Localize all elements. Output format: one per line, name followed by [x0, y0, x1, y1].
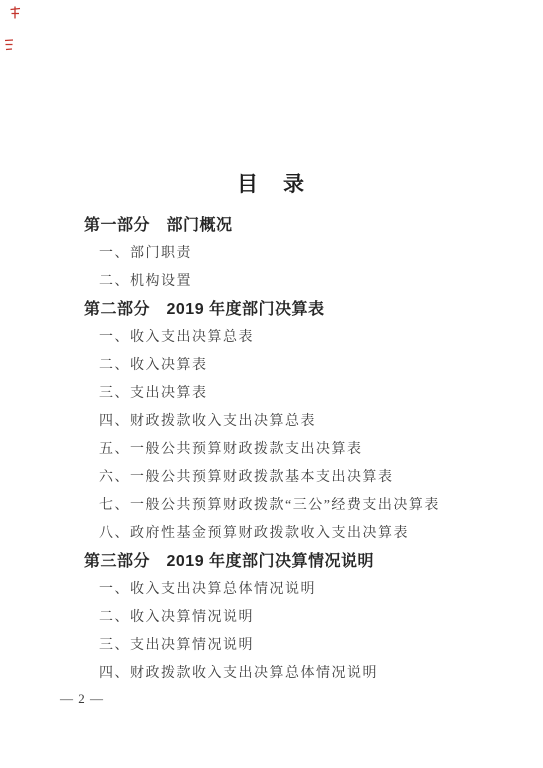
toc-item: 六、一般公共预算财政拨款基本支出决算表: [84, 464, 543, 492]
page-title: 目 录: [0, 0, 543, 198]
red-stamp-fragment-icon: [4, 38, 14, 52]
toc-item: 四、财政拨款收入支出决算总体情况说明: [84, 660, 543, 688]
toc-item: 一、收入支出决算总体情况说明: [84, 576, 543, 604]
document-page: 目 录 第一部分 部门概况 一、部门职责 二、机构设置 第二部分 2019 年度…: [0, 0, 543, 768]
toc-part-2-heading: 第二部分 2019 年度部门决算表: [84, 296, 543, 324]
toc-item: 三、支出决算情况说明: [84, 632, 543, 660]
toc-item: 二、收入决算表: [84, 352, 543, 380]
red-stamp-fragment-icon: [9, 6, 22, 20]
toc-item: 一、收入支出决算总表: [84, 324, 543, 352]
toc-item: 二、收入决算情况说明: [84, 604, 543, 632]
toc-item: 八、政府性基金预算财政拨款收入支出决算表: [84, 520, 543, 548]
toc-item: 三、支出决算表: [84, 380, 543, 408]
toc-item: 一、部门职责: [84, 240, 543, 268]
toc-item: 五、一般公共预算财政拨款支出决算表: [84, 436, 543, 464]
table-of-contents: 第一部分 部门概况 一、部门职责 二、机构设置 第二部分 2019 年度部门决算…: [0, 212, 543, 688]
toc-part-3-heading: 第三部分 2019 年度部门决算情况说明: [84, 548, 543, 576]
toc-item: 四、财政拨款收入支出决算总表: [84, 408, 543, 436]
toc-part-1-heading: 第一部分 部门概况: [84, 212, 543, 240]
page-number: — 2 —: [60, 691, 104, 707]
toc-item: 七、一般公共预算财政拨款“三公”经费支出决算表: [84, 492, 543, 520]
toc-item: 二、机构设置: [84, 268, 543, 296]
